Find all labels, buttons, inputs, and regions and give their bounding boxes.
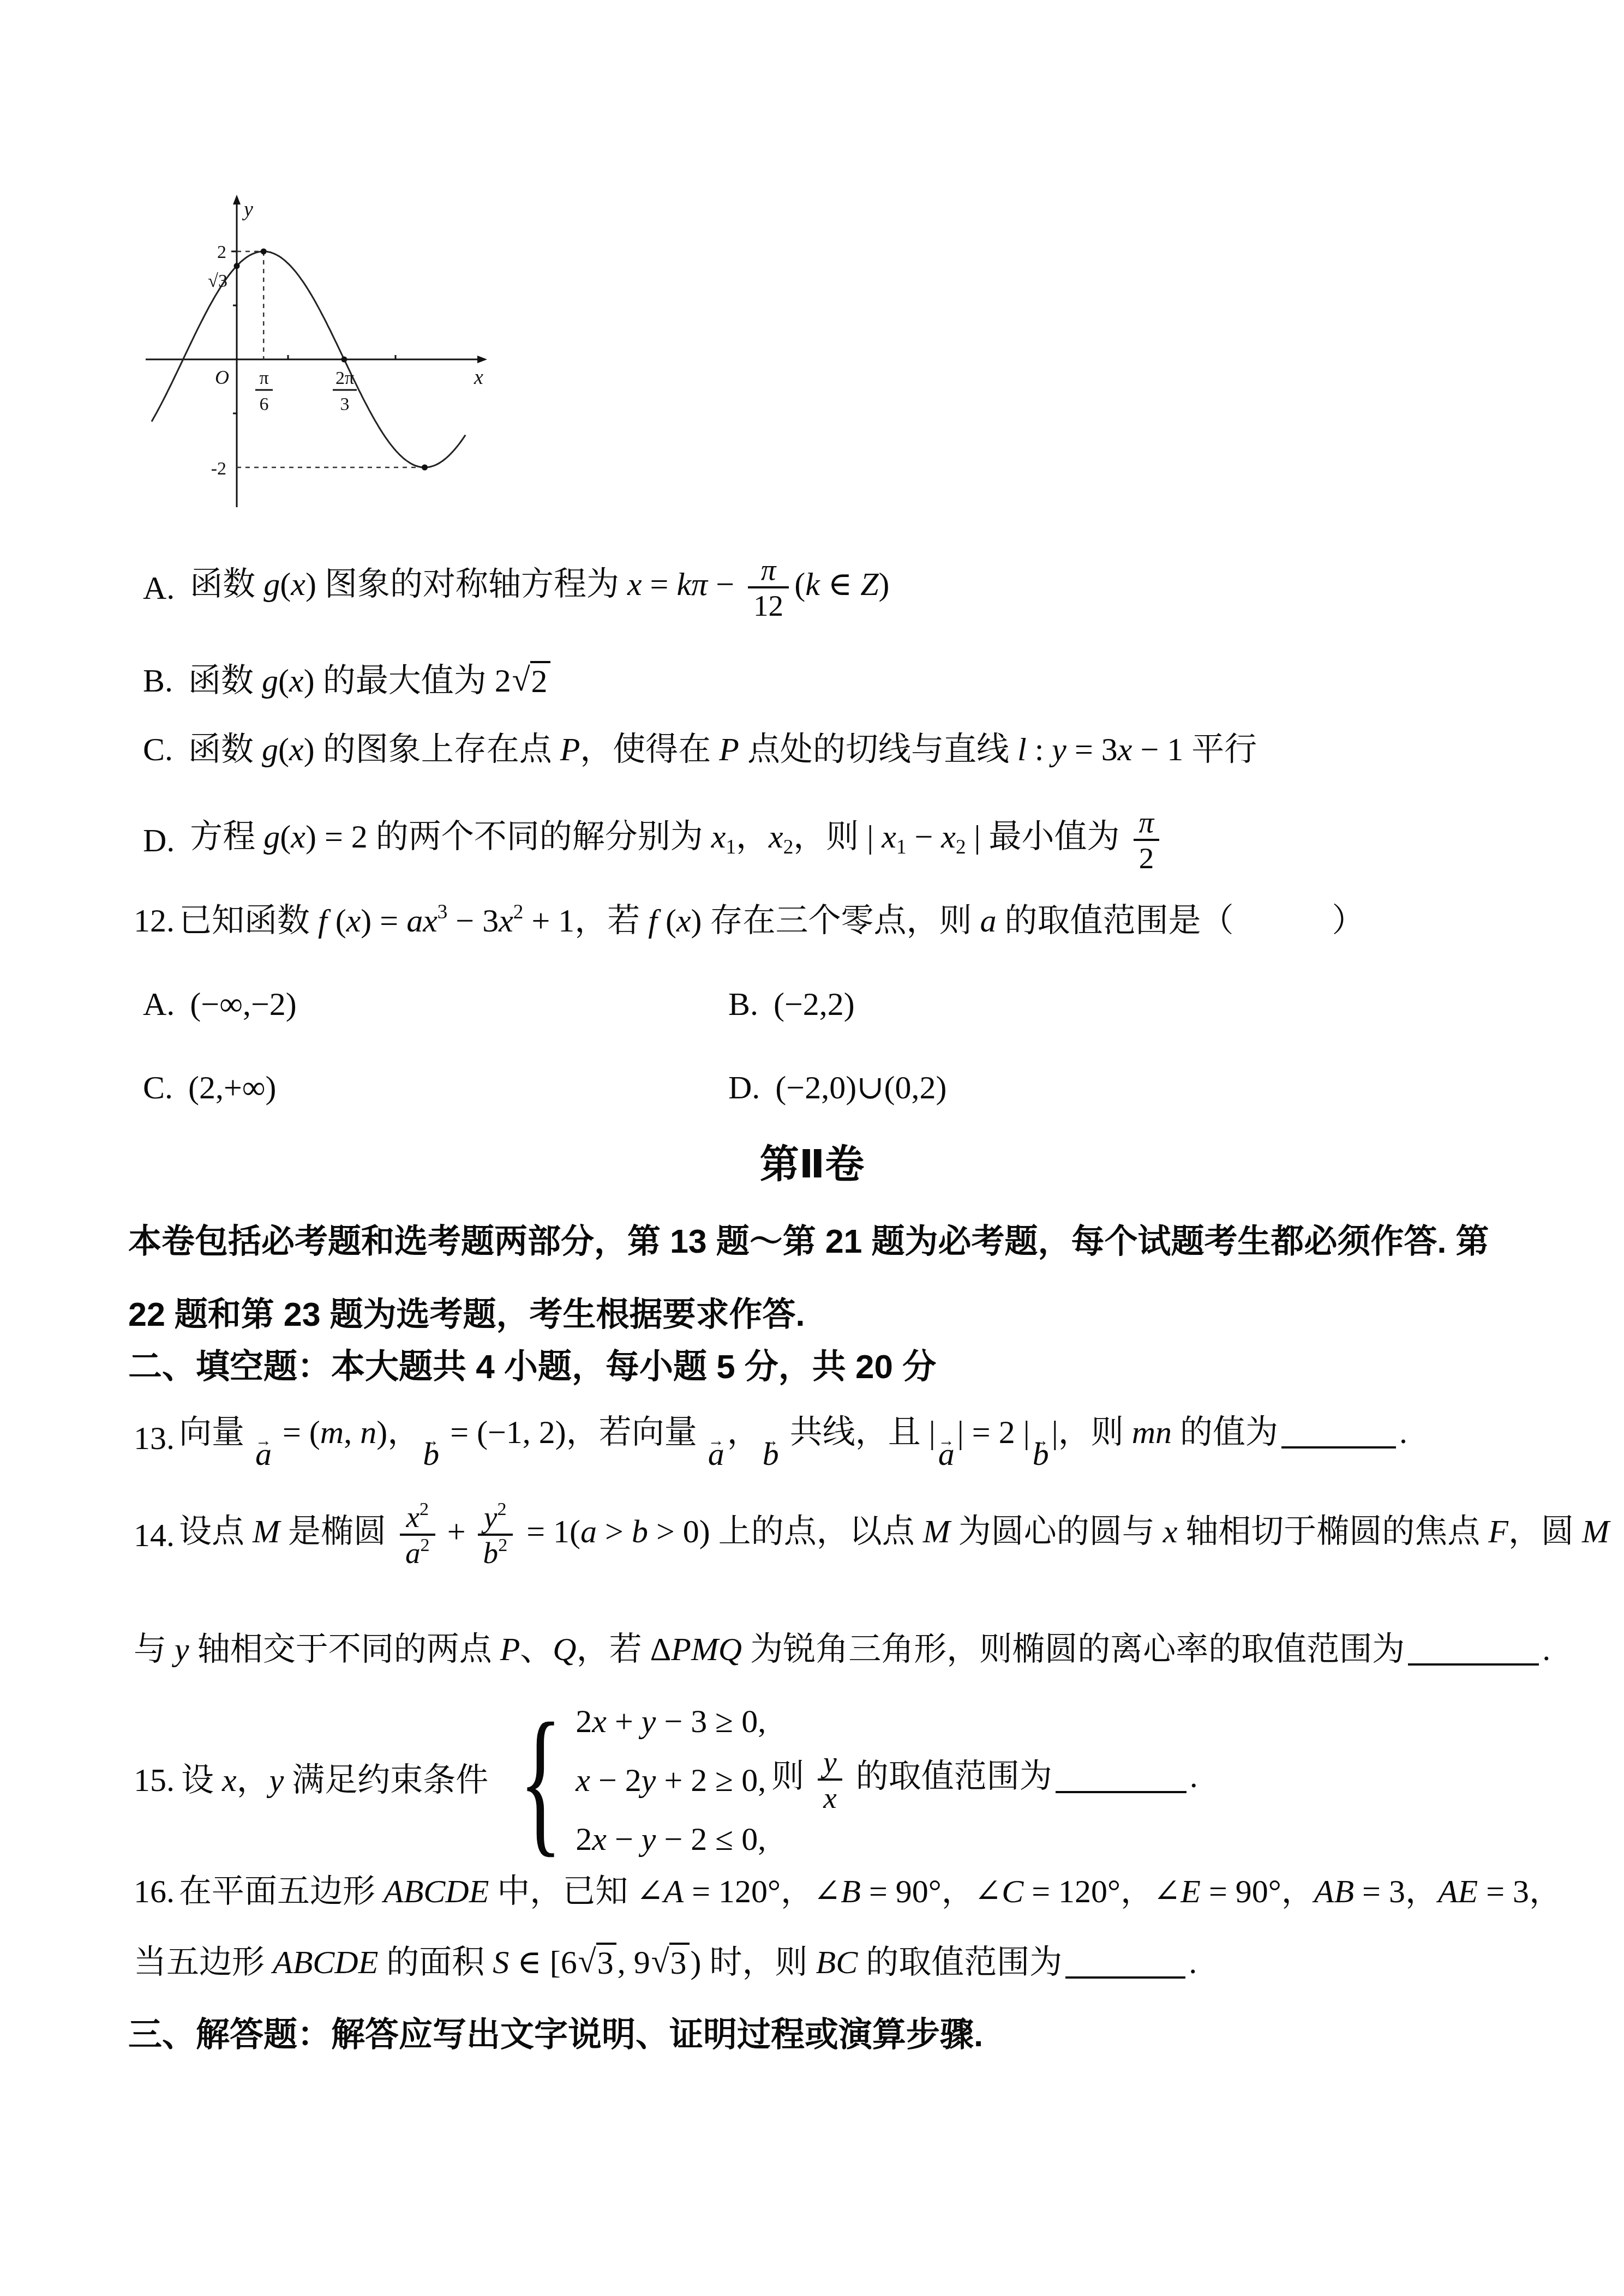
function-graph-svg: y x O 2 √3 -2 π 6 2π 3 xyxy=(139,192,493,510)
left-brace: { xyxy=(519,1711,562,1850)
function-graph: y x O 2 √3 -2 π 6 2π 3 xyxy=(139,192,493,510)
question-number: 13. xyxy=(134,1419,175,1458)
q12-stem: 12. 已知函数 f (x) = ax3 − 3x2 + 1，若 f (x) 存… xyxy=(134,901,1365,940)
y-intercept-dot xyxy=(234,263,240,269)
answer-section-heading: 三、解答题：解答应写出文字说明、证明过程或演算步骤. xyxy=(128,2015,983,2055)
part2-instructions-line2: 22 题和第 23 题为选考题，考生根据要求作答. xyxy=(128,1295,805,1335)
question-number: 16. xyxy=(134,1872,175,1911)
question-text-prefix: 设 x，y 满足约束条件 xyxy=(181,1760,488,1800)
option-text: (−∞,−2) xyxy=(190,984,296,1024)
fill-in-section-heading: 二、填空题：本大题共 4 小题，每小题 5 分，共 20 分 xyxy=(128,1347,936,1387)
tick-label-2: 2 xyxy=(217,242,226,262)
tick-label-neg2: -2 xyxy=(211,459,226,479)
x-axis-label: x xyxy=(474,366,483,389)
q15: 15. 设 x，y 满足约束条件 { 2x + y − 3 ≥ 0, x − 2… xyxy=(134,1702,1203,1859)
option-text: 函数 g(x) 的图象上存在点 P，使得在 P 点处的切线与直线 l : y =… xyxy=(188,730,1257,769)
constraint-system: { 2x + y − 3 ≥ 0, x − 2y + 2 ≥ 0, 2x − y… xyxy=(501,1702,766,1859)
question-text: 向量 →a = (m, n)，→b = (−1, 2)，若向量 →a，→b 共线… xyxy=(179,1413,1407,1463)
option-label: C. xyxy=(143,1068,173,1107)
option-label: B. xyxy=(728,984,758,1024)
option-label: C. xyxy=(143,730,173,769)
option-text: 函数 g(x) 图象的对称轴方程为 x = kπ − π12(k ∈ Z) xyxy=(190,554,889,622)
xtick-2pi-over-3: 2π 3 xyxy=(333,368,357,414)
q12-option-c: C. (2,+∞) xyxy=(143,1068,277,1107)
q16-line1: 16. 在平面五边形 ABCDE 中，已知 ∠A = 120°，∠B = 90°… xyxy=(134,1872,1562,1911)
option-text: (−2,2) xyxy=(774,984,855,1024)
xtick-pi-over-6: π 6 xyxy=(255,368,273,414)
question-text-suffix: 则 yx 的取值范围为. xyxy=(771,1746,1198,1814)
question-number: 14. xyxy=(134,1516,175,1555)
zero-crossing-dot xyxy=(341,357,347,363)
q14-line2: 与 y 轴相交于不同的两点 P、Q，若 ΔPMQ 为锐角三角形，则椭圆的离心率的… xyxy=(134,1630,1550,1669)
option-text: (−2,0)∪(0,2) xyxy=(775,1068,946,1107)
xtick-pi-6-numerator: π xyxy=(259,368,268,388)
question-text: 已知函数 f (x) = ax3 − 3x2 + 1，若 f (x) 存在三个零… xyxy=(179,901,1365,940)
q13: 13. 向量 →a = (m, n)，→b = (−1, 2)，若向量 →a，→… xyxy=(134,1413,1407,1463)
option-label: A. xyxy=(143,984,175,1024)
question-text: 当五边形 ABCDE 的面积 S ∈ [6√3, 9√3) 时，则 BC 的取值… xyxy=(134,1943,1197,1982)
option-label: A. xyxy=(143,568,175,608)
q16-line2: 当五边形 ABCDE 的面积 S ∈ [6√3, 9√3) 时，则 BC 的取值… xyxy=(134,1943,1197,1982)
q14-line1: 14. 设点 M 是椭圆 x2a2+y2b2 = 1(a > b > 0) 上的… xyxy=(134,1501,1609,1569)
constraint-3: 2x − y − 2 ≤ 0, xyxy=(576,1819,766,1859)
q11-option-b: B. 函数 g(x) 的最大值为 2√2 xyxy=(143,661,552,700)
q11-option-a: A. 函数 g(x) 图象的对称轴方程为 x = kπ − π12(k ∈ Z) xyxy=(143,554,890,622)
y-axis-label: y xyxy=(242,198,253,221)
xtick-2pi-3-numerator: 2π xyxy=(335,368,354,388)
question-number: 15. xyxy=(134,1760,175,1800)
q11-option-c: C. 函数 g(x) 的图象上存在点 P，使得在 P 点处的切线与直线 l : … xyxy=(143,730,1257,769)
option-text: 函数 g(x) 的最大值为 2√2 xyxy=(188,661,552,700)
xtick-pi-6-denominator: 6 xyxy=(260,394,269,414)
q11-option-d: D. 方程 g(x) = 2 的两个不同的解分别为 x1，x2，则 | x1 −… xyxy=(143,806,1165,874)
question-number: 12. xyxy=(134,901,175,940)
question-text: 设点 M 是椭圆 x2a2+y2b2 = 1(a > b > 0) 上的点，以点… xyxy=(179,1501,1609,1569)
min-point-dot xyxy=(422,465,428,471)
x-axis-arrow xyxy=(477,356,487,363)
option-text: (2,+∞) xyxy=(188,1068,277,1107)
question-text: 在平面五边形 ABCDE 中，已知 ∠A = 120°，∠B = 90°，∠C … xyxy=(179,1872,1562,1911)
answer-blank xyxy=(1056,1788,1186,1793)
tick-label-sqrt3: √3 xyxy=(208,271,227,291)
option-label: D. xyxy=(143,821,175,860)
max-point-dot xyxy=(261,249,267,255)
part2-title: 第Ⅱ卷 xyxy=(0,1141,1624,1188)
constraint-2: x − 2y + 2 ≥ 0, xyxy=(576,1760,766,1800)
question-text: 与 y 轴相交于不同的两点 P、Q，若 ΔPMQ 为锐角三角形，则椭圆的离心率的… xyxy=(134,1630,1550,1669)
option-label: D. xyxy=(728,1068,760,1107)
answer-blank xyxy=(1408,1660,1539,1666)
option-text: 方程 g(x) = 2 的两个不同的解分别为 x1，x2，则 | x1 − x2… xyxy=(190,806,1165,874)
option-label: B. xyxy=(143,661,173,700)
y-axis-arrow xyxy=(233,195,241,205)
q12-option-b: B. (−2,2) xyxy=(728,984,855,1024)
xtick-2pi-3-denominator: 3 xyxy=(340,394,350,414)
part2-title-text: 第Ⅱ卷 xyxy=(760,1141,864,1188)
q12-option-d: D. (−2,0)∪(0,2) xyxy=(728,1068,946,1107)
exam-paper-page: y x O 2 √3 -2 π 6 2π 3 A. 函数 g(x) 图象的对称轴… xyxy=(0,0,1624,2296)
constraint-1: 2x + y − 3 ≥ 0, xyxy=(576,1702,766,1741)
origin-label: O xyxy=(215,366,229,388)
q12-option-a: A. (−∞,−2) xyxy=(143,984,297,1024)
answer-blank xyxy=(1065,1973,1185,1979)
part2-instructions-line1: 本卷包括必考题和选考题两部分，第 13 题～第 21 题为必考题，每个试题考生都… xyxy=(128,1222,1489,1261)
constraint-list: 2x + y − 3 ≥ 0, x − 2y + 2 ≥ 0, 2x − y −… xyxy=(576,1702,766,1859)
answer-blank xyxy=(1281,1443,1396,1448)
